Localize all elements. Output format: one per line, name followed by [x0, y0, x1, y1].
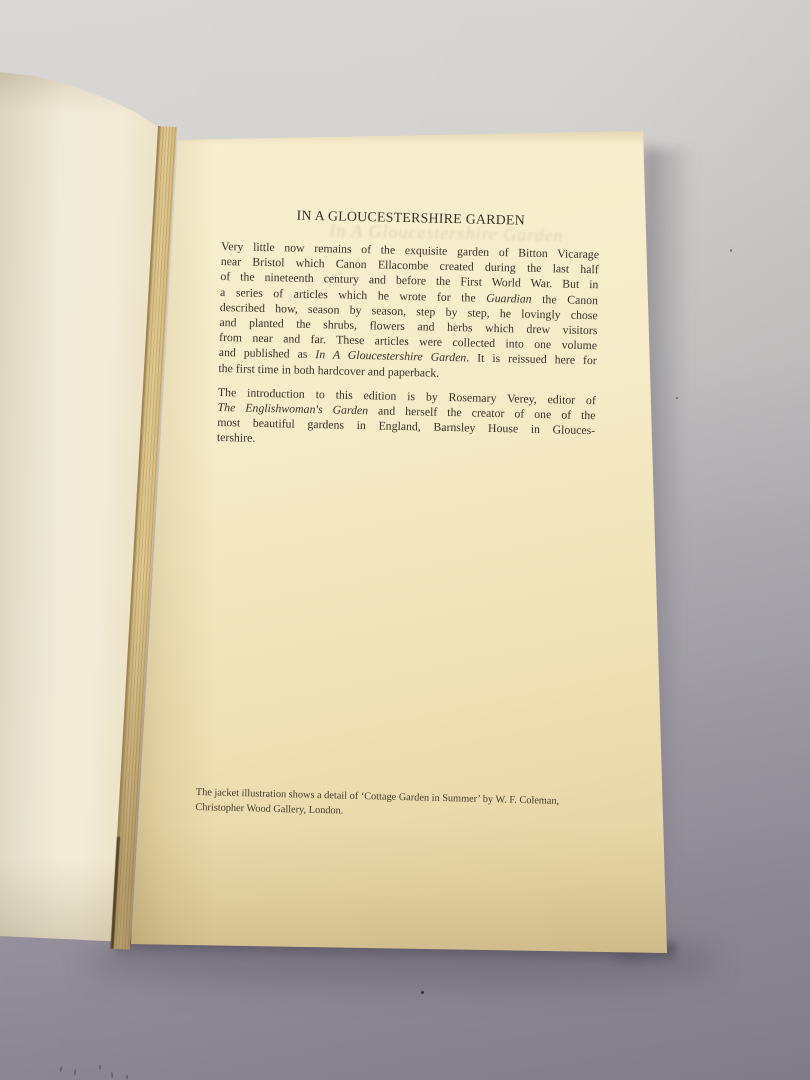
dust-speck: [99, 1065, 101, 1070]
dust-speck: [126, 1075, 128, 1079]
dust-speck: [730, 249, 732, 252]
body-text: . It is reissued here for: [466, 351, 597, 368]
body-text: the Canon: [532, 291, 599, 306]
paragraph-2: The introduction to this edition is by R…: [217, 385, 596, 454]
book-page: IN A GLOUCESTERSHIRE GARDEN In A Glouces…: [128, 130, 667, 953]
page-bottom-shade: [128, 823, 667, 953]
dust-speck: [421, 991, 424, 994]
paragraph-1: Very little now remains of the exquisite…: [218, 239, 599, 384]
italic-text: In A Gloucestershire Garden: [315, 347, 466, 364]
book-title: IN A GLOUCESTERSHIRE GARDEN: [222, 206, 600, 230]
page-text-block: IN A GLOUCESTERSHIRE GARDEN In A Glouces…: [217, 206, 600, 454]
body-text: and published as: [219, 345, 316, 361]
dust-speck: [676, 397, 678, 399]
italic-text: The Englishwoman's Garden: [217, 400, 368, 417]
book-photo: IN A GLOUCESTERSHIRE GARDEN In A Glouces…: [0, 0, 810, 1080]
italic-text: Guardian: [486, 290, 532, 305]
jacket-illustration-note: The jacket illustration shows a detail o…: [195, 786, 559, 824]
